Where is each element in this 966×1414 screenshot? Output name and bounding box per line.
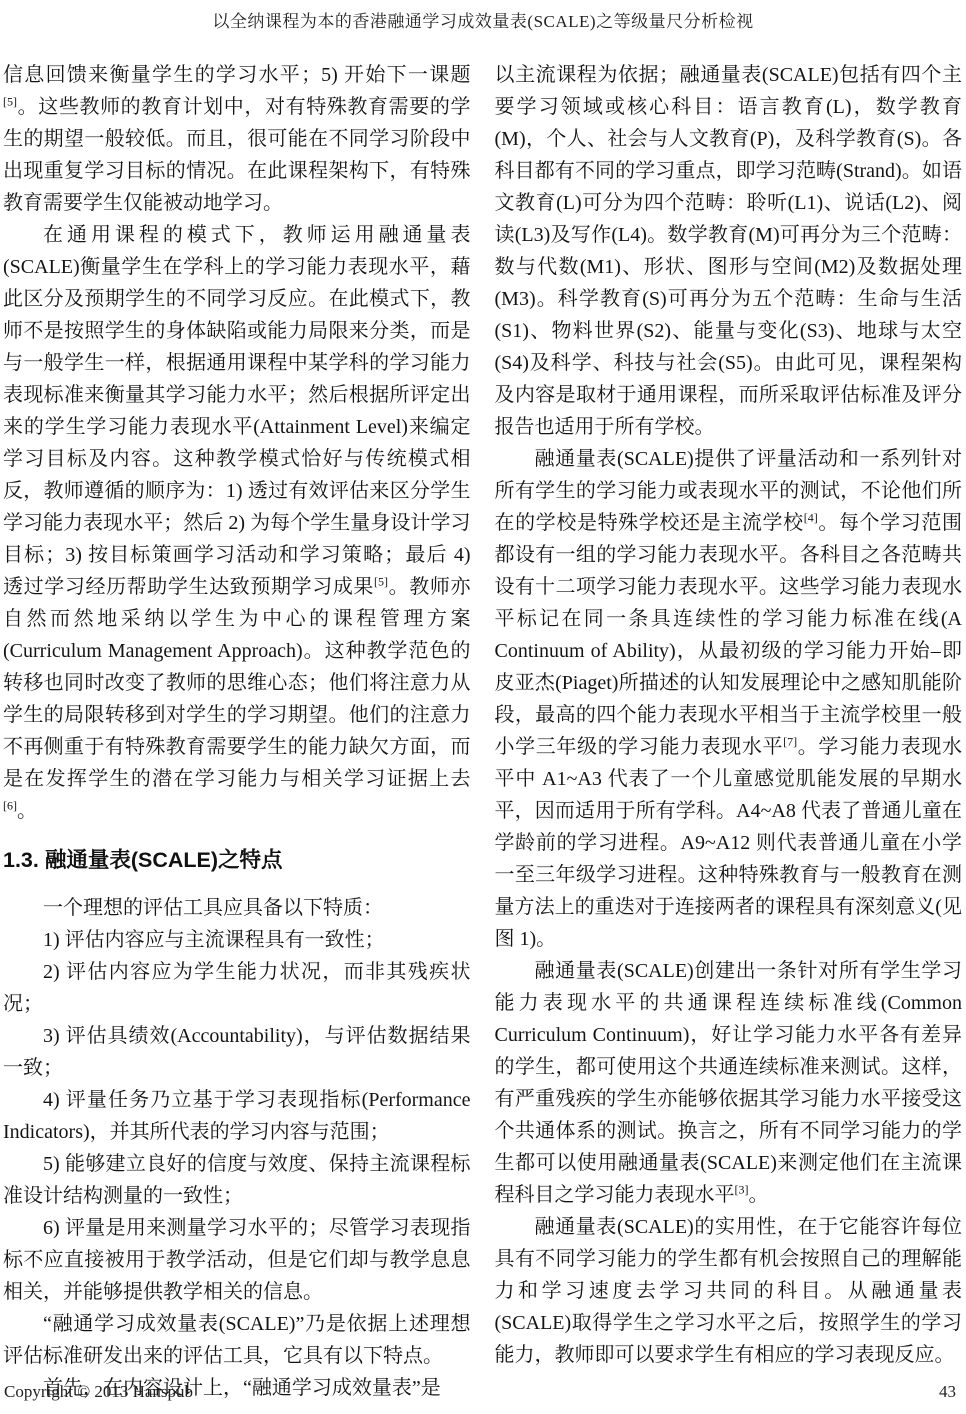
paragraph: 4) 评量任务乃立基于学习表现指标(Performance Indicators… [3,1084,471,1148]
paragraph: 5) 能够建立良好的信度与效度、保持主流课程标准设计结构测量的一致性； [3,1148,471,1212]
article-body: 信息回馈来衡量学生的学习水平；5) 开始下一课题[5]。这些教师的教育计划中，对… [0,59,966,1404]
page-header: 以全纳课程为本的香港融通学习成效量表(SCALE)之等级量尺分析检视 [0,0,966,32]
footnote-ref: [7] [783,734,797,748]
footnote-ref: [5] [3,94,17,108]
paragraph: “融通学习成效量表(SCALE)”乃是依据上述理想评估标准研发出来的评估工具，它… [3,1308,471,1372]
page-footer: Copyright © 2013 Hanspub 43 [4,1382,956,1402]
column-left: 信息回馈来衡量学生的学习水平；5) 开始下一课题[5]。这些教师的教育计划中，对… [3,59,471,1404]
paragraph: 一个理想的评估工具应具备以下特质： [3,892,471,924]
paragraph: 融通量表(SCALE)创建出一条针对所有学生学习能力表现水平的共通课程连续标准线… [495,955,963,1211]
footnote-ref: [3] [735,1182,749,1196]
column-right: 以主流课程为依据；融通量表(SCALE)包括有四个主要学习领域或核心科目：语言教… [495,59,963,1404]
page-number: 43 [939,1382,956,1402]
paragraph: 融通量表(SCALE)提供了评量活动和一系列针对所有学生的学习能力或表现水平的测… [495,443,963,955]
paragraph: 1) 评估内容应与主流课程具有一致性； [3,924,471,956]
paragraph: 信息回馈来衡量学生的学习水平；5) 开始下一课题[5]。这些教师的教育计划中，对… [3,59,471,219]
paragraph: 6) 评量是用来测量学习水平的；尽管学习表现指标不应直接被用于教学活动，但是它们… [3,1212,471,1308]
section-heading: 1.3. 融通量表(SCALE)之特点 [3,843,471,874]
paper-page: 以全纳课程为本的香港融通学习成效量表(SCALE)之等级量尺分析检视 信息回馈来… [0,0,966,1414]
paragraph: 以主流课程为依据；融通量表(SCALE)包括有四个主要学习领域或核心科目：语言教… [495,59,963,443]
paragraph: 融通量表(SCALE)的实用性，在于它能容许每位具有不同学习能力的学生都有机会按… [495,1211,963,1371]
footnote-ref: [6] [3,798,17,812]
paragraph: 2) 评估内容应为学生能力状况，而非其残疾状况； [3,956,471,1020]
footnote-ref: [5] [374,574,388,588]
paragraph: 在通用课程的模式下，教师运用融通量表(SCALE)衡量学生在学科上的学习能力表现… [3,219,471,827]
copyright-text: Copyright © 2013 Hanspub [4,1382,193,1402]
running-title: 以全纳课程为本的香港融通学习成效量表(SCALE)之等级量尺分析检视 [212,12,753,31]
footnote-ref: [4] [804,510,818,524]
paragraph: 3) 评估具绩效(Accountability)，与评估数据结果一致； [3,1020,471,1084]
